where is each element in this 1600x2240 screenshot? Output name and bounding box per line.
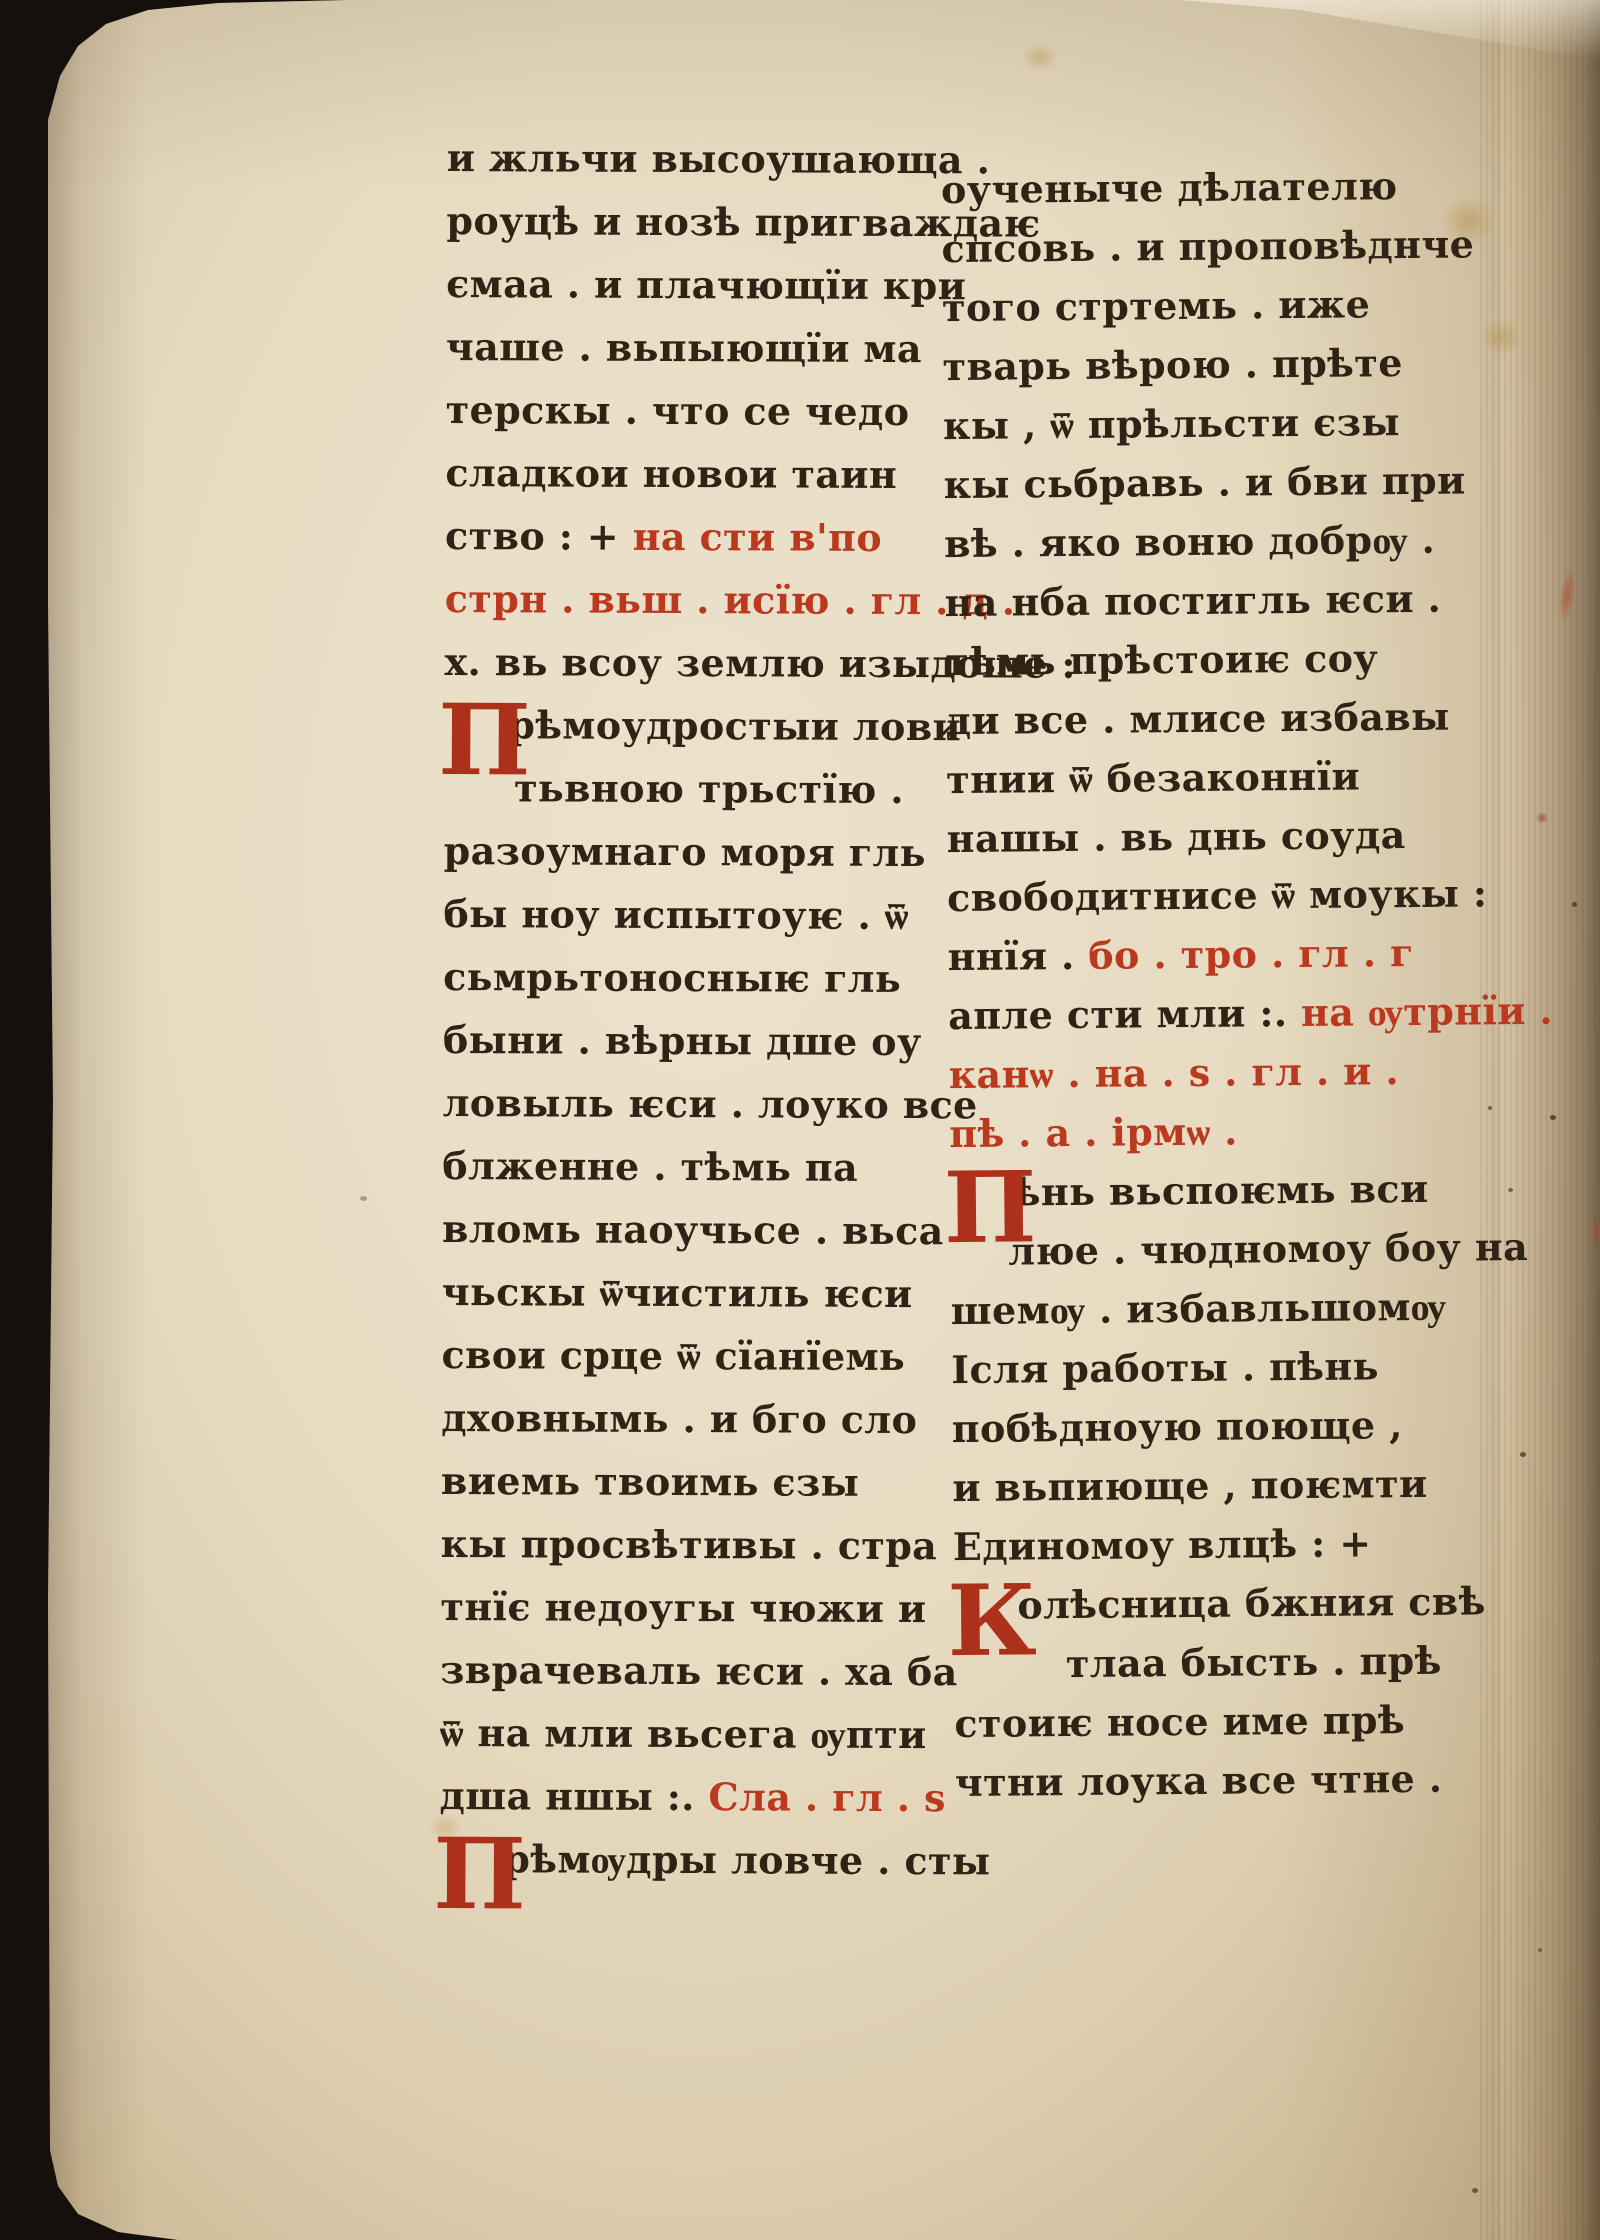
body-text: ннїя . <box>947 933 1088 979</box>
body-text: ѣнь вьспоѥмь вси <box>1014 1166 1429 1215</box>
body-text: и вьпиюще , поѥмти <box>952 1461 1428 1510</box>
body-text: виемь твоимь єзы <box>441 1458 859 1505</box>
text-line: тьвною трьстїю . <box>444 765 896 830</box>
text-line: тлаа бысть . прѣ <box>954 1638 1432 1701</box>
body-text: Единомоу влцѣ : + <box>953 1520 1372 1569</box>
text-line: чаше . вьпыющїи ма <box>446 324 898 389</box>
body-text: апле сти мли :. <box>948 990 1301 1038</box>
text-line: тѣмь прѣстоиѥ соу <box>945 635 1423 698</box>
text-line: терскы . что се чедо <box>445 387 897 452</box>
page-left-edge-shadow <box>48 0 168 2240</box>
text-line: того стртемь . иже <box>942 281 1420 344</box>
text-line: кы просвѣтивы . стра <box>441 1521 893 1586</box>
body-text: бы ноу испытоуѥ . ѿ <box>443 891 908 938</box>
body-text: кы , ѿ прѣльсти єзы <box>943 399 1400 448</box>
body-text: того стртемь . иже <box>942 281 1371 330</box>
body-text: ємаа . и плачющїи кри <box>446 261 966 308</box>
body-text: оученыче дѣлателю <box>941 163 1398 212</box>
body-text: сладкои новои таин <box>445 450 897 497</box>
text-line: чьскы ѿчистиль ѥси <box>442 1269 894 1334</box>
body-text: свободитнисе ѿ моукы : <box>947 870 1488 920</box>
text-line: спсовь . и проповѣднче <box>941 222 1419 285</box>
body-text: дша ншы :. <box>440 1773 709 1819</box>
rubric-text: на сти в'по <box>633 514 883 560</box>
text-line: сладкои новои таин <box>445 450 897 515</box>
body-text: тлаа бысть . прѣ <box>1066 1638 1442 1686</box>
text-line: разоумнаго моря гль <box>444 828 896 893</box>
body-text: и жльчи высоушающа . <box>447 135 991 182</box>
text-line: быни . вѣрны дше оу <box>443 1017 895 1082</box>
body-text: сьмрьтоносныѥ гль <box>443 954 901 1001</box>
body-text: олѣсница бжния свѣ <box>1017 1578 1486 1627</box>
text-line: вломь наоучьсе . вьса <box>442 1206 894 1271</box>
text-line: ѿ на мли вьсега ѹпти <box>440 1710 892 1775</box>
text-line: свободитнисе ѿ моукы : <box>947 871 1425 934</box>
body-text: зврачеваль ѥси . ха ба <box>440 1647 958 1694</box>
text-line: на нба постигль ѥси . <box>944 576 1422 639</box>
rubric-text: на ѹтрнїи . <box>1301 988 1553 1035</box>
text-line: стоиѥ носе име прѣ <box>954 1697 1432 1760</box>
rubric-text: пѣ . а . ірмѡ . <box>949 1109 1238 1157</box>
text-line: чтни лоука все чтне . <box>955 1756 1433 1819</box>
text-line: стрн . вьш . исїю . гл . д . <box>445 576 897 641</box>
text-line: виемь твоимь єзы <box>441 1458 893 1523</box>
text-line: ємаа . и плачющїи кри <box>446 261 898 326</box>
body-text: вѣ . яко воню добрѹ . <box>944 517 1435 566</box>
text-line: вѣ . яко воню добрѹ . <box>944 517 1422 580</box>
body-text: тнии ѿ безаконнїи <box>946 753 1360 802</box>
body-text: тьвною трьстїю . <box>514 765 904 812</box>
text-line: кы сьбравь . и бви при <box>943 458 1421 521</box>
text-line: и жльчи высоушающа . <box>447 135 899 200</box>
text-line: кы , ѿ прѣльсти єзы <box>943 399 1421 462</box>
body-text: рѣмѹдры ловче . сты <box>503 1836 990 1883</box>
body-text: тварь вѣрою . прѣте <box>942 340 1403 389</box>
body-text: тѣмь прѣстоиѥ соу <box>945 635 1378 684</box>
text-line: и вьпиюще , поѥмти <box>952 1461 1430 1524</box>
text-line: блженне . тѣмь па <box>442 1143 894 1208</box>
body-text: чаше . вьпыющїи ма <box>446 324 922 371</box>
text-line: Ісля работы . пѣнь <box>951 1343 1429 1406</box>
text-line: оученыче дѣлателю <box>941 163 1419 226</box>
rubric-initial: П <box>433 1826 526 1924</box>
text-line: шемѹ . избавльшомѹ <box>951 1284 1429 1347</box>
rubric-text: Сла . гл . ѕ <box>708 1774 946 1820</box>
body-text: нашы . вь днь соуда <box>946 812 1405 861</box>
rubric-text: стрн . вьш . исїю . гл . д . <box>445 576 1016 623</box>
body-text: спсовь . и проповѣднче <box>941 221 1474 271</box>
text-line: дховнымь . и бго сло <box>441 1395 893 1460</box>
body-text: быни . вѣрны дше оу <box>443 1017 922 1064</box>
body-text: кы просвѣтивы . стра <box>441 1521 938 1568</box>
body-text: чьскы ѿчистиль ѥси <box>442 1269 913 1316</box>
text-line: бы ноу испытоуѥ . ѿ <box>443 891 895 956</box>
body-text: шемѹ . избавльшомѹ <box>951 1284 1447 1333</box>
body-text: чтни лоука все чтне . <box>955 1756 1443 1805</box>
body-text: разоумнаго моря гль <box>444 828 926 875</box>
rubric-text: канѡ . на . ѕ . гл . и . <box>949 1048 1400 1097</box>
body-text: Ісля работы . пѣнь <box>951 1343 1379 1392</box>
body-text: тнїє недоугы чюжи и <box>440 1584 926 1631</box>
text-line: тнии ѿ безаконнїи <box>946 753 1424 816</box>
text-line: ннїя . бо . тро . гл . г <box>947 930 1425 993</box>
text-line: Прѣмоудростыи лови <box>444 702 896 767</box>
body-text: ѿ на мли вьсега ѹпти <box>440 1710 927 1757</box>
text-line: апле сти мли :. на ѹтрнїи . <box>948 989 1426 1052</box>
text-line: ди все . млисе избавы <box>945 694 1423 757</box>
manuscript-photo: и жльчи высоушающа .роуцѣ и нозѣ пригваж… <box>0 0 1600 2240</box>
text-line: сьмрьтоносныѥ гль <box>443 954 895 1019</box>
body-text: побѣдноую поюще , <box>952 1402 1403 1451</box>
body-text: ловыль ѥси . лоуко все <box>443 1080 978 1127</box>
body-text: кы сьбравь . и бви при <box>943 458 1465 508</box>
book-fore-edge <box>1480 0 1600 2240</box>
text-line: тнїє недоугы чюжи и <box>440 1584 892 1649</box>
body-text: на нба постигль ѥси . <box>944 576 1441 625</box>
body-text: ди все . млисе избавы <box>945 694 1449 743</box>
text-line: нашы . вь днь соуда <box>946 812 1424 875</box>
body-text: люе . чюдномоу боу на <box>1008 1224 1528 1274</box>
body-text: рѣмоудростыи лови <box>508 702 961 749</box>
text-line: Пѣнь вьспоѥмь вси <box>950 1166 1428 1229</box>
text-column-right: оученыче дѣлателюспсовь . и проповѣднчет… <box>941 163 1433 1819</box>
text-line: канѡ . на . ѕ . гл . и . <box>949 1048 1427 1111</box>
rubric-text: бо . тро . гл . г <box>1088 930 1414 978</box>
text-column-left: и жльчи высоушающа .роуцѣ и нозѣ пригваж… <box>439 135 899 1901</box>
body-text: свои срце ѿ сїанїемь <box>441 1332 905 1379</box>
text-line: люе . чюдномоу боу на <box>950 1225 1428 1288</box>
body-text: терскы . что се чедо <box>446 387 910 434</box>
text-line: побѣдноую поюще , <box>952 1402 1430 1465</box>
text-line: ство : + на сти в'по <box>445 513 897 578</box>
text-line: ловыль ѥси . лоуко все <box>442 1080 894 1145</box>
text-line: Прѣмѹдры ловче . сты <box>439 1836 891 1901</box>
body-text: стоиѥ носе име прѣ <box>954 1697 1405 1746</box>
text-line: Колѣсница бжния свѣ <box>953 1579 1431 1642</box>
body-text: дховнымь . и бго сло <box>441 1395 917 1442</box>
body-text: вломь наоучьсе . вьса <box>442 1206 944 1253</box>
text-line: тварь вѣрою . прѣте <box>942 340 1420 403</box>
text-line: роуцѣ и нозѣ пригваждаѥ <box>446 198 898 263</box>
body-text: блженне . тѣмь па <box>442 1143 858 1190</box>
text-line: свои срце ѿ сїанїемь <box>441 1332 893 1397</box>
body-text: ство : + <box>445 513 633 559</box>
text-line: зврачеваль ѥси . ха ба <box>440 1647 892 1712</box>
